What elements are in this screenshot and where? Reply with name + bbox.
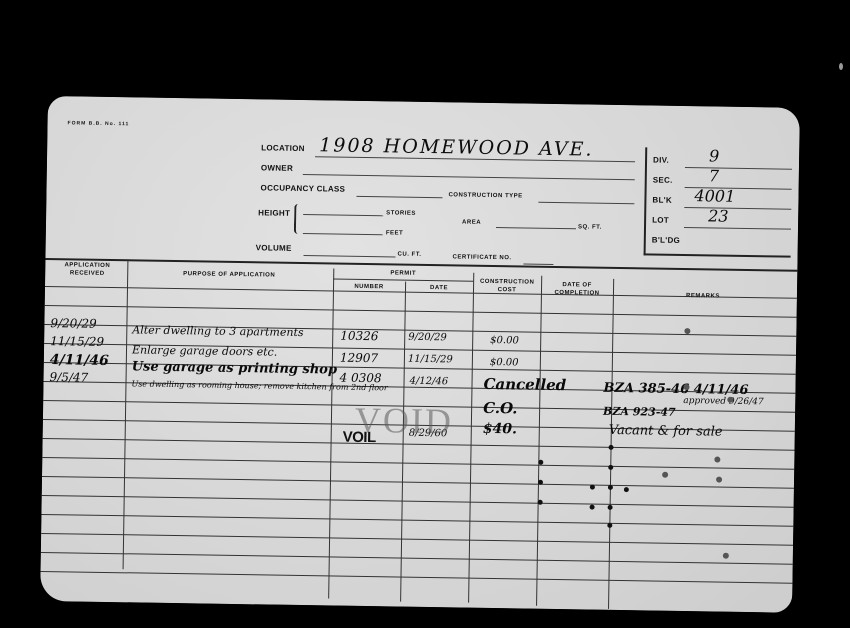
permit-subheader-rule [333,279,473,282]
height-brace [294,204,302,234]
col-header-remarks: REMARKS [615,291,791,302]
cu-ft-label: CU. FT. [398,252,422,258]
building-record-card: FORM B.B. No. 111 LOCATION 1908 HOMEWOOD… [40,96,800,613]
feet-label: FEET [386,230,403,236]
height-label: HEIGHT [258,208,290,218]
remarks-approved: approved 9/26/47 [683,396,763,407]
ink-dot [608,505,613,510]
occupancy-class-label: OCCUPANCY CLASS [261,183,346,193]
row-4-remarks: Vacant & for sale [609,423,723,440]
col-header-number: NUMBER [335,283,403,292]
row-rule [41,552,793,565]
row-0-purpose: Alter dwelling to 3 apartments [132,323,303,339]
volume-label: VOLUME [256,243,292,253]
lot-label: LOT [652,216,669,225]
col-rule [468,273,474,603]
row-2-received: 4/11/46 [50,352,109,369]
row-1-purpose: Enlarge garage doors etc. [132,343,277,358]
ink-dot [714,457,720,463]
location-label: LOCATION [261,143,305,153]
row-1-cost: $0.00 [490,357,519,368]
ink-dot [607,523,612,528]
ink-dot [538,480,543,485]
owner-line [303,174,635,180]
bldg-label: B'L'DG [652,236,680,245]
row-1-number: 12907 [340,351,378,366]
col-header-date: DATE [407,284,471,293]
col-header-purpose: PURPOSE OF APPLICATION [129,269,329,280]
ink-dot [608,465,613,470]
sq-ft-label: SQ. FT. [578,224,602,230]
construction-type-label: CONSTRUCTION TYPE [448,192,522,199]
volume-line [304,255,396,257]
row-0-date: 9/20/29 [408,332,447,344]
occupancy-class-line [356,196,442,198]
col-rule [328,269,334,599]
ink-dot [538,460,543,465]
block-label: BL'K [652,196,672,205]
row-rule [41,533,793,546]
row-3-received: 9/5/47 [49,370,88,385]
row-2-cost: Cancelled [483,375,566,394]
ink-dot [590,505,595,510]
row-0-received: 9/20/29 [50,316,96,331]
ink-dot [590,485,595,490]
row-rule [41,514,793,527]
col-header-cost: CONSTRUCTION COST [475,278,539,295]
block-line [684,207,791,210]
voil-stamp: VOIL [343,429,376,447]
block-value: 4001 [694,186,735,206]
col-rule [536,276,542,606]
sec-value: 7 [709,166,719,185]
ink-dot [624,487,629,492]
row-4-cost: $40. [483,421,517,438]
lot-value: 23 [708,206,729,225]
sec-label: SEC. [653,176,673,185]
ink-dot [538,500,543,505]
row-rule [42,476,794,489]
film-speck [839,63,843,70]
row-2-purpose: Use garage as printing shop [132,359,337,377]
row-0-cost: $0.00 [490,335,519,346]
ink-dot [662,472,668,478]
col-header-permit: PERMIT [335,269,471,279]
ink-dot [683,384,689,390]
row-rule [45,305,797,318]
row-2-remarks: BZA 385-46 4/11/46 [603,381,748,398]
div-label: DIV. [653,156,669,165]
div-line [685,167,792,170]
parcel-box: DIV. 9 SEC. 7 BL'K 4001 LOT 23 B'L'DG [644,147,793,257]
feet-line [303,233,383,235]
row-3-cost: C.O. [483,399,518,418]
col-rule [608,279,614,609]
location-value: 1908 HOMEWOOD AVE. [319,134,594,160]
row-2-date: 4/12/46 [409,376,448,388]
ink-dot [716,477,722,483]
stories-line [303,214,383,216]
owner-label: OWNER [261,163,293,173]
area-label: AREA [462,220,481,226]
ink-dot [609,445,614,450]
ink-dot [608,485,613,490]
div-value: 9 [709,146,719,165]
certificate-label: CERTIFICATE NO. [452,254,511,261]
ink-dot [727,397,733,403]
col-header-completion: DATE OF COMPLETION [543,281,611,298]
stories-label: STORIES [386,210,416,216]
col-header-received: APPLICATION RECEIVED [49,261,125,278]
row-rule [42,495,794,508]
ink-dot [723,553,729,559]
ink-dot [684,328,690,334]
construction-type-line [538,202,634,205]
lot-line [684,227,791,230]
row-0-number: 10326 [340,329,378,344]
area-line [496,227,576,229]
row-1-date: 11/15/29 [408,354,453,366]
form-number: FORM B.B. No. 111 [68,120,130,127]
row-rule [41,571,793,584]
row-3-remarks: BZA 923-47 [603,405,676,419]
row-rule [42,457,794,470]
row-1-received: 11/15/29 [50,334,104,349]
